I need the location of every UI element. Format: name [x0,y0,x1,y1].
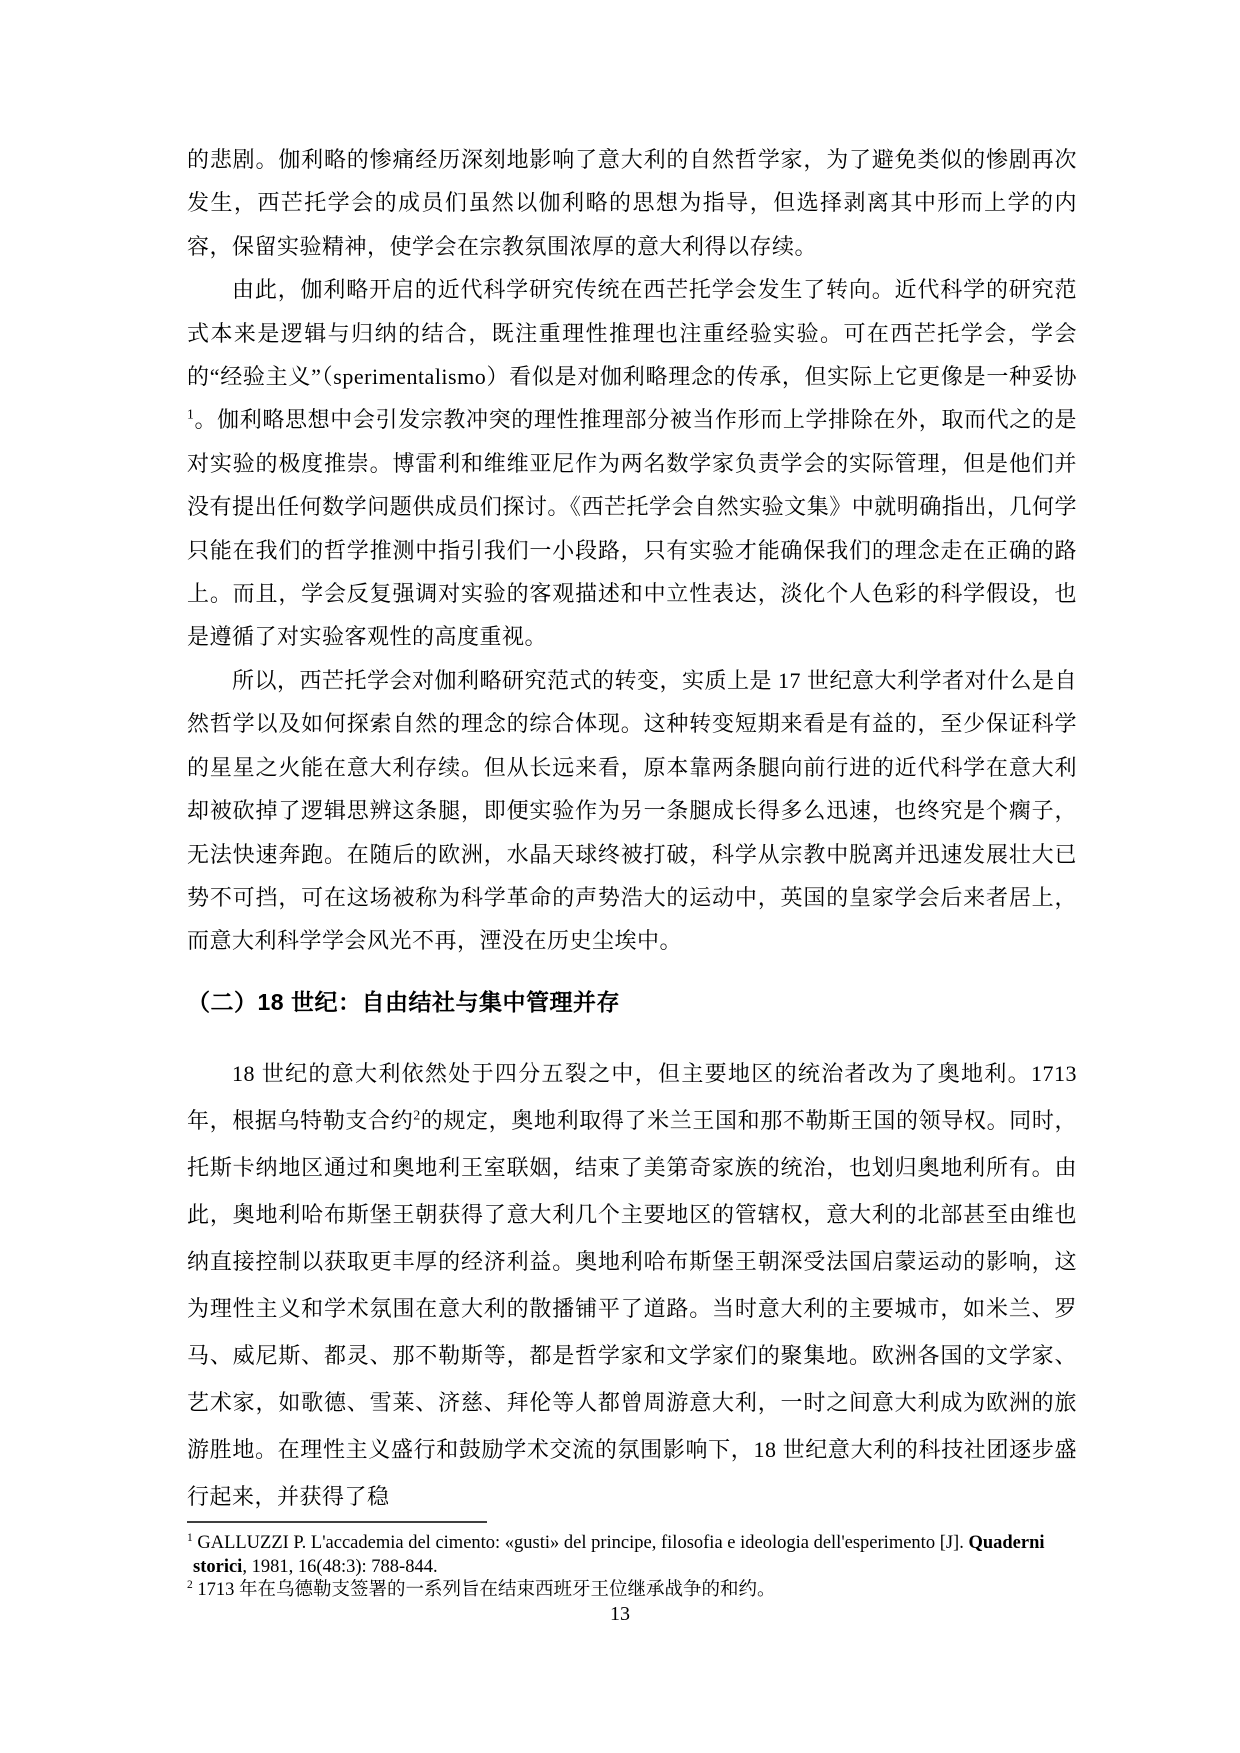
footnote-2: 2 1713 年在乌德勒支签署的一系列旨在结束西班牙王位继承战争的和约。 [187,1579,1079,1603]
paragraph-2: 由此，伽利略开启的近代科学研究传统在西芒托学会发生了转向。近代科学的研究范式本来… [187,268,1077,659]
section-heading: （二）18 世纪：自由结社与集中管理并存 [187,987,1077,1017]
footnote-reference-2: 2 [413,1107,420,1122]
paragraph-text: 所以，西芒托学会对伽利略研究范式的转变，实质上是 17 世纪意大利学者对什么是自… [187,668,1077,953]
paragraph-text: 。伽利略思想中会引发宗教冲突的理性推理部分被当作形而上学排除在外，取而代之的是对… [187,407,1077,649]
body-text-column: 的悲剧。伽利略的惨痛经历深刻地影响了意大利的自然哲学家，为了避免类似的惨剧再次发… [187,138,1077,1520]
footnote-1-text: GALLUZZI P. L'accademia del cimento: «gu… [193,1533,969,1553]
footnote-separator-line [187,1521,487,1523]
paragraph-4: 18 世纪的意大利依然处于四分五裂之中，但主要地区的统治者改为了奥地利。1713… [187,1050,1077,1520]
footnote-1: 1 GALLUZZI P. L'accademia del cimento: «… [187,1532,1079,1579]
paragraph-text: 的规定，奥地利取得了米兰王国和那不勒斯王国的领导权。同时，托斯卡纳地区通过和奥地… [187,1108,1077,1509]
paragraph-text: 的悲剧。伽利略的惨痛经历深刻地影响了意大利的自然哲学家，为了避免类似的惨剧再次发… [187,147,1077,259]
document-page: 的悲剧。伽利略的惨痛经历深刻地影响了意大利的自然哲学家，为了避免类似的惨剧再次发… [0,0,1240,1753]
footnote-2-text: 1713 年在乌德勒支签署的一系列旨在结束西班牙王位继承战争的和约。 [193,1580,776,1600]
footnote-1-text-end: , 1981, 16(48:3): 788-844. [242,1557,437,1577]
page-number: 13 [0,1602,1240,1626]
paragraph-text: 由此，伽利略开启的近代科学研究传统在西芒托学会发生了转向。近代科学的研究范式本来… [187,277,1077,389]
paragraph-continuation: 的悲剧。伽利略的惨痛经历深刻地影响了意大利的自然哲学家，为了避免类似的惨剧再次发… [187,138,1077,268]
paragraph-3: 所以，西芒托学会对伽利略研究范式的转变，实质上是 17 世纪意大利学者对什么是自… [187,659,1077,963]
footnotes-section: 1 GALLUZZI P. L'accademia del cimento: «… [187,1532,1079,1603]
